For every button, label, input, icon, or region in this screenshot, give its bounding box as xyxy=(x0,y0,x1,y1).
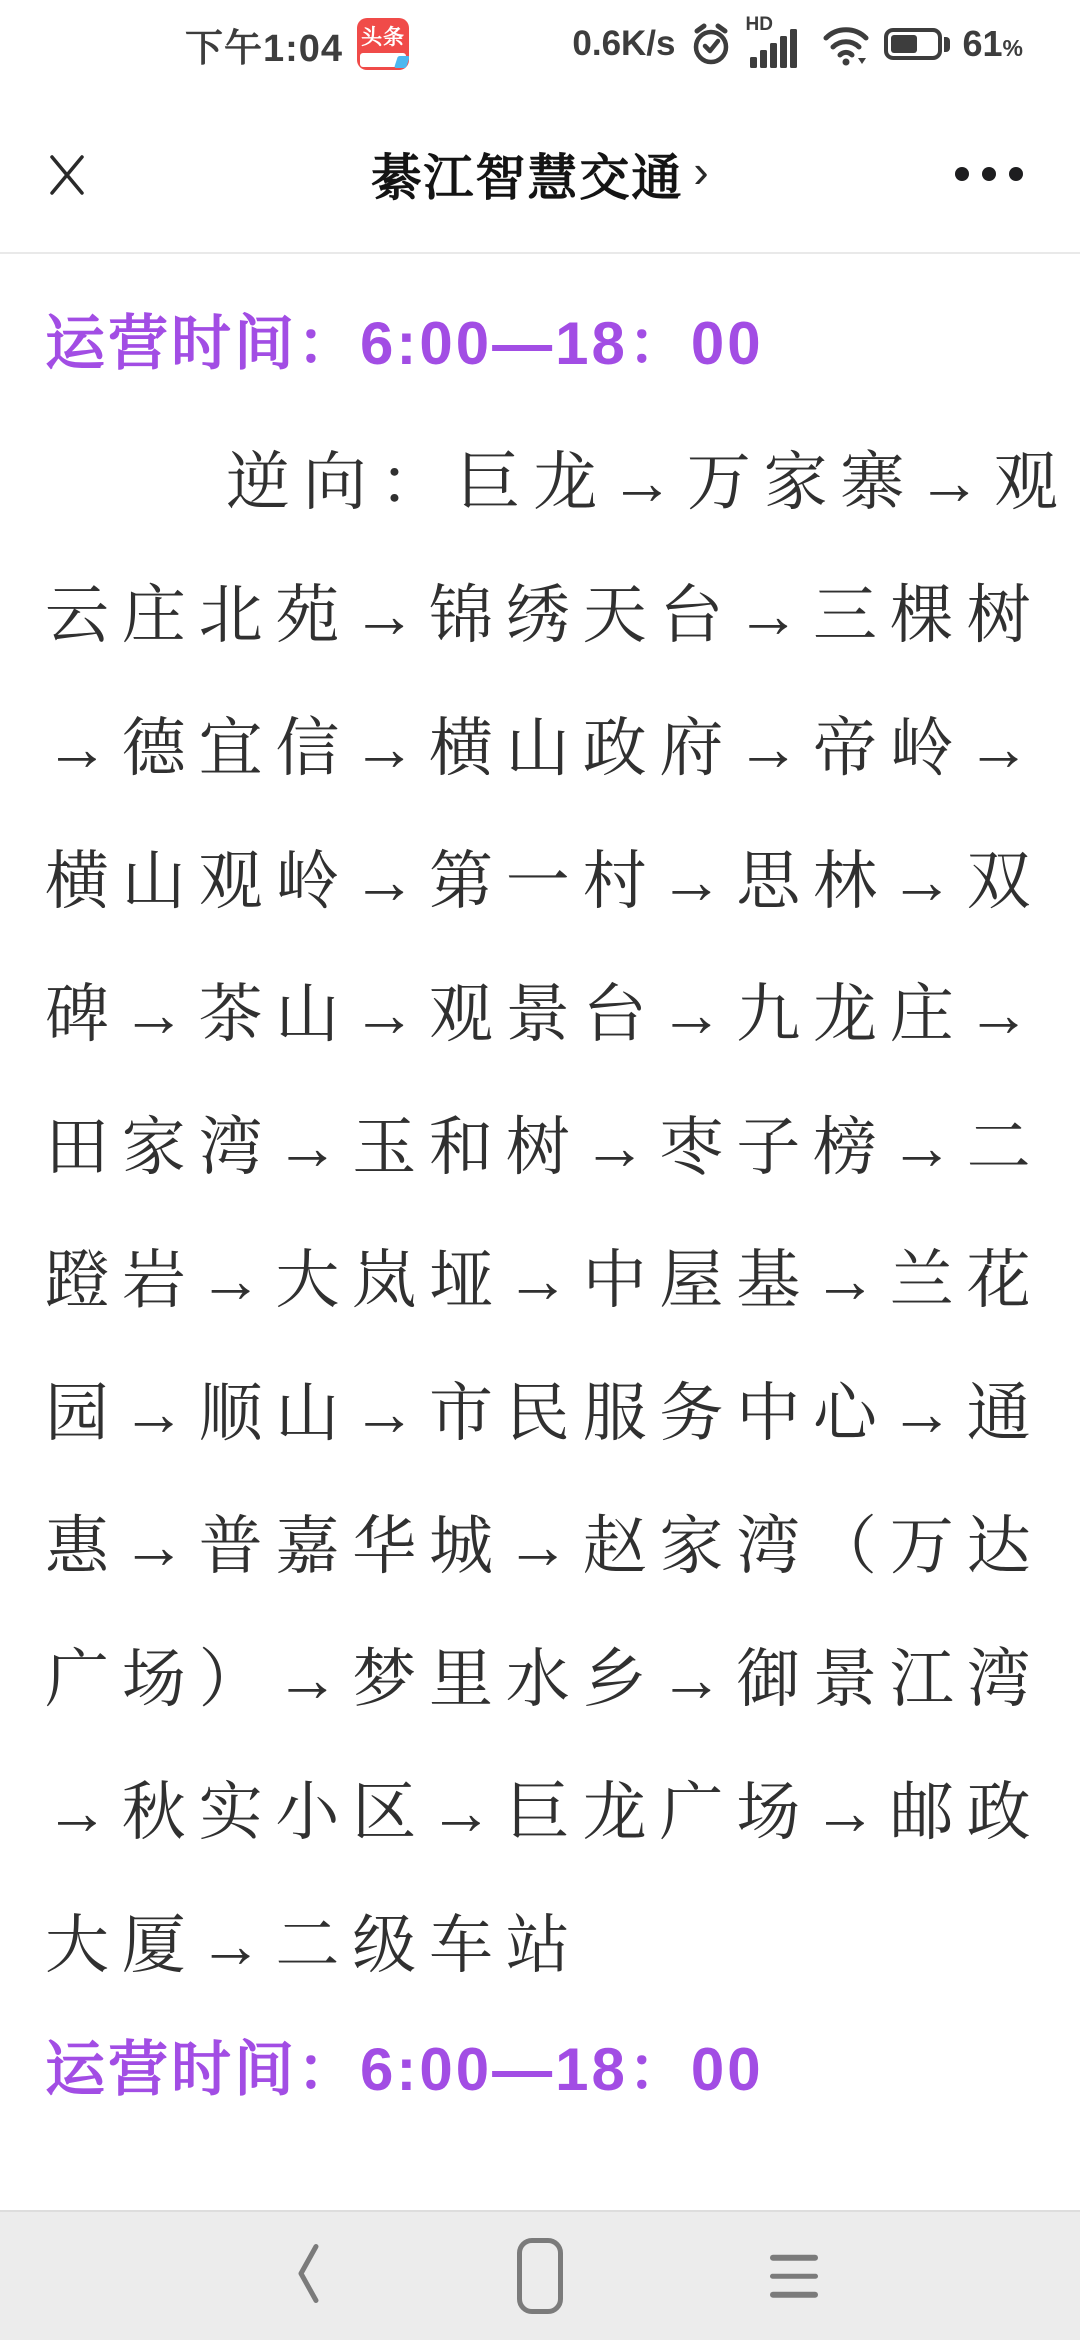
route-line: 横山观岭→第一村→思林→双 xyxy=(45,815,1035,948)
route-line: 蹬岩→大岚垭→中屋基→兰花 xyxy=(45,1214,1035,1347)
toutiao-app-icon: 头条 xyxy=(357,18,409,70)
battery-percent-text: 61% xyxy=(963,23,1024,65)
home-icon xyxy=(517,2238,563,2314)
status-right: 0.6K/s HD xyxy=(572,16,1023,72)
status-left: 下午1:04 头条 xyxy=(185,17,409,72)
battery-icon xyxy=(884,28,950,60)
dot-icon xyxy=(1009,167,1023,181)
article-body: 运营时间：6:00—18：00 逆向：巨龙→万家寨→观云庄北苑→锦绣天台→三棵树… xyxy=(0,254,1080,2106)
route-line: 碑→茶山→观景台→九龙庄→ xyxy=(45,948,1035,1081)
operating-hours-bottom: 运营时间：6:00—18：00 xyxy=(45,2034,1035,2106)
dot-icon xyxy=(982,167,996,181)
toutiao-app-icon-label: 头条 xyxy=(357,21,409,51)
route-line: 广场）→梦里水乡→御景江湾 xyxy=(45,1613,1035,1746)
nav-home-button[interactable] xyxy=(517,2238,563,2314)
route-line: 田家湾→玉和树→枣子榜→二 xyxy=(45,1081,1035,1214)
phone-screen: 下午1:04 头条 0.6K/s HD xyxy=(0,0,1080,2340)
route-line: 园→顺山→市民服务中心→通 xyxy=(45,1347,1035,1480)
route-paragraph: 逆向：巨龙→万家寨→观云庄北苑→锦绣天台→三棵树→德宜信→横山政府→帝岭→横山观… xyxy=(45,416,1035,2012)
chevron-right-icon: › xyxy=(693,144,708,198)
recents-icon xyxy=(770,2255,818,2298)
route-line: 大厦→二级车站 xyxy=(45,1879,1035,2012)
nav-recents-button[interactable] xyxy=(770,2255,818,2298)
route-line: 云庄北苑→锦绣天台→三棵树 xyxy=(45,549,1035,682)
clock-text: 下午1:04 xyxy=(185,17,343,72)
network-speed-text: 0.6K/s xyxy=(572,24,675,64)
title-bar: 綦江智慧交通 › xyxy=(0,82,1080,252)
close-button[interactable] xyxy=(42,149,92,199)
status-bar: 下午1:04 头条 0.6K/s HD xyxy=(0,0,1080,82)
android-nav-bar xyxy=(0,2210,1080,2340)
close-icon xyxy=(46,153,88,195)
route-line: 逆向：巨龙→万家寨→观 xyxy=(45,416,1035,549)
route-line: →德宜信→横山政府→帝岭→ xyxy=(45,682,1035,815)
nav-back-button[interactable] xyxy=(295,2242,321,2311)
more-menu-button[interactable] xyxy=(955,149,1023,199)
toutiao-icon-flash xyxy=(394,56,409,68)
alarm-icon xyxy=(689,21,733,67)
wifi-icon xyxy=(821,24,871,68)
route-line: 惠→普嘉华城→赵家湾（万达 xyxy=(45,1480,1035,1613)
dot-icon xyxy=(955,167,969,181)
route-line: →秋实小区→巨龙广场→邮政 xyxy=(45,1746,1035,1879)
back-chevron-icon xyxy=(295,2242,321,2306)
page-title-group: 綦江智慧交通 › xyxy=(0,96,1080,252)
page-title[interactable]: 綦江智慧交通 xyxy=(371,138,683,210)
cell-signal-icon: HD xyxy=(746,16,808,72)
operating-hours-top: 运营时间：6:00—18：00 xyxy=(45,308,1035,380)
signal-bars-icon xyxy=(750,29,797,68)
